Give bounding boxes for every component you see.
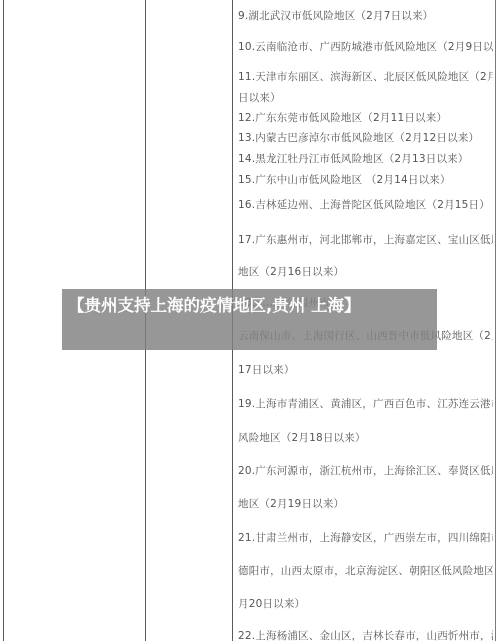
region-list-line: 17日以来） bbox=[238, 362, 295, 377]
region-list-line: 22.上海杨浦区、金山区，吉林长春市，山西忻州市，河北 bbox=[238, 628, 493, 641]
region-list-line: 16.吉林延边州、上海普陀区低风险地区（2月15日） bbox=[238, 197, 490, 212]
region-list-line: 17.广东惠州市，河北邯郸市，上海嘉定区、宝山区低风险 bbox=[238, 232, 493, 247]
region-list-line: 13.内蒙古巴彦淖尔市低风险地区（2月12日以来） bbox=[238, 130, 479, 145]
title-overlay-banner: 【贵州支持上海的疫情地区,贵州 上海】 bbox=[62, 289, 437, 350]
region-list-line: 20.广东河源市，浙江杭州市，上海徐汇区、奉贤区低风险 bbox=[238, 463, 493, 478]
region-list-line: 11.天津市东丽区、滨海新区、北辰区低风险地区（2月10 bbox=[238, 69, 493, 84]
region-list-line: 地区（2月16日以来） bbox=[238, 264, 344, 279]
region-list-line: 15.广东中山市低风险地区 （2月14日以来） bbox=[238, 172, 451, 187]
region-list-line: 10.云南临沧市、广西防城港市低风险地区（2月9日以来） bbox=[238, 39, 493, 54]
region-list-line: 地区（2月19日以来） bbox=[238, 496, 344, 511]
region-list-line: 19.上海市青浦区、黄浦区，广西百色市、江苏连云港市低 bbox=[238, 396, 493, 411]
region-list-line: 风险地区（2月18日以来） bbox=[238, 430, 366, 445]
region-list-line: 12.广东东莞市低风险地区（2月11日以来） bbox=[238, 110, 447, 125]
table-border-left bbox=[3, 0, 4, 641]
region-list-line: 德阳市，山西太原市，北京海淀区、朝阳区低风险地区（2 bbox=[238, 563, 493, 578]
region-list-line: 14.黑龙江牡丹江市低风险地区（2月13日以来） bbox=[238, 151, 469, 166]
table-border-right bbox=[495, 0, 496, 641]
region-list-line: 日以来） bbox=[238, 90, 281, 105]
region-list-line: 月20日以来） bbox=[238, 596, 305, 611]
region-list-line: 9.湖北武汉市低风险地区（2月7日以来） bbox=[238, 8, 433, 23]
region-list-line: 21.甘肃兰州市，上海静安区，广西崇左市，四川绵阳市、 bbox=[238, 530, 493, 545]
overlay-title: 【贵州支持上海的疫情地区,贵州 上海】 bbox=[68, 292, 432, 320]
